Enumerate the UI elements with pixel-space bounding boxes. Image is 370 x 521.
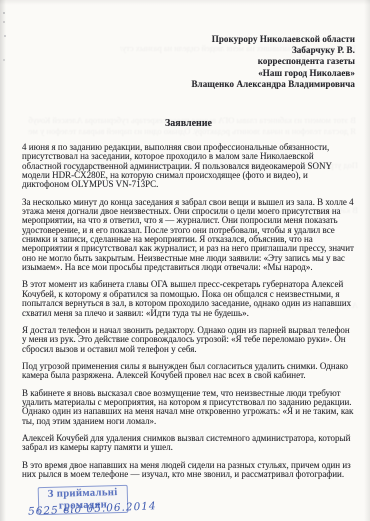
- stamp-line-1: З приймальні: [48, 487, 118, 500]
- addressee-line-sender-name: Влащенко Александра Владимировича: [22, 79, 355, 90]
- document-title: Заявление: [22, 118, 355, 130]
- addressee-block: Прокурору Николаевской области Забарчуку…: [22, 34, 355, 90]
- addressee-line-sender-role: корреспондента газеты: [22, 56, 355, 67]
- addressee-line-recipient: Прокурору Николаевской области: [22, 34, 355, 45]
- scanned-document-page: В этот момент из кабинета главы ОГА выше…: [0, 0, 370, 521]
- paragraph-8: В это время двое напавших на меня людей …: [22, 461, 355, 480]
- paragraph-5: Под угрозой применения силы я вынужден б…: [22, 362, 355, 381]
- addressee-line-newspaper: «Наш город Николаев»: [22, 68, 355, 79]
- addressee-line-recipient-name: Забарчуку Р. В.: [22, 45, 355, 56]
- paragraph-7: Алексей Кочубей для удаления снимков выз…: [22, 434, 355, 453]
- document-body: Прокурору Николаевской области Забарчуку…: [22, 34, 355, 479]
- paragraph-3: В этот момент из кабинета главы ОГА выше…: [22, 280, 355, 317]
- paragraph-4: Я достал телефон и начал звонить редакто…: [22, 326, 355, 354]
- paragraph-2: За несколько минут до конца заседания я …: [22, 198, 355, 273]
- scan-speckle-marks: [3, 12, 5, 14]
- paragraph-1: 4 июня я по заданию редакции, выполняя с…: [22, 143, 355, 190]
- paragraph-6: В кабинете я вновь высказал свое возмуще…: [22, 389, 355, 426]
